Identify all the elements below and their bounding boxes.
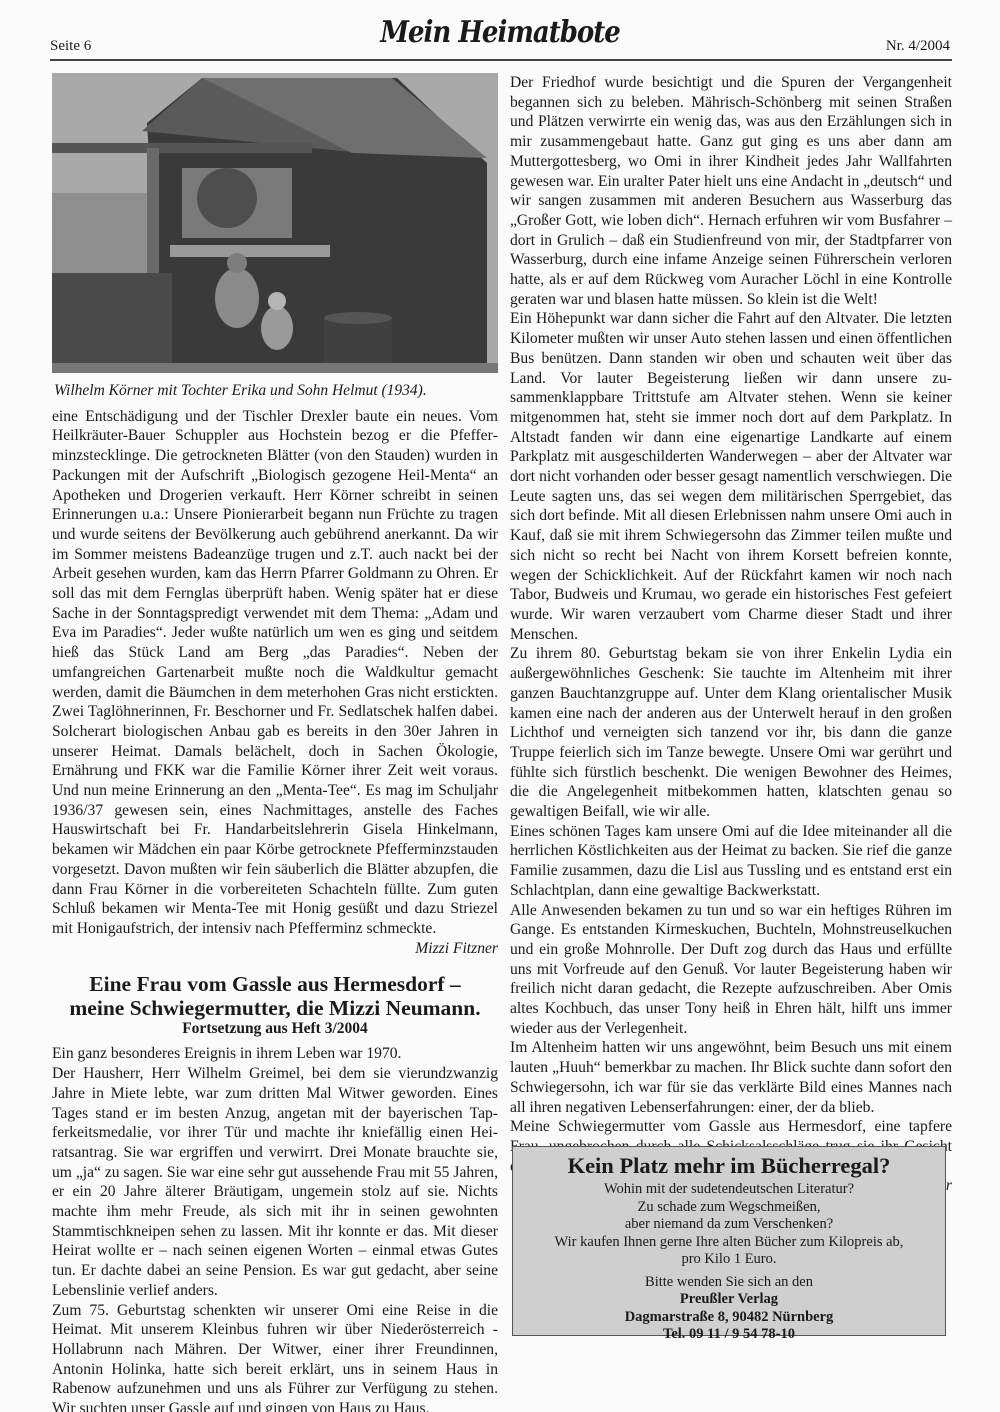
header-divider [50,59,952,61]
article2-paragraph: Der Hausherr, Herr Wilhelm Greimel, bei … [52,1064,498,1300]
page-number: Seite 6 [50,38,91,55]
left-column: Wilhelm Körner mit Tochter Erika und Soh… [52,73,498,1412]
masthead-logo: Mein Heimatbote [380,16,620,51]
article2-paragraph: Der Friedhof wurde besichtigt und die Sp… [510,73,952,309]
ad-publisher: Preußler Verlag [513,1291,945,1309]
article2-heading: Eine Frau vom Gassle aus Hermesdorf – me… [52,972,498,1038]
photo-illustration [52,73,498,373]
bookshelf-advertisement: Kein Platz mehr im Bücherregal? Wohin mi… [512,1146,946,1336]
historic-photo [52,73,498,373]
article2-paragraph: Zum 75. Geburtstag schenkten wir unserer… [52,1301,498,1412]
ad-line: pro Kilo 1 Euro. [513,1251,945,1269]
photo-caption: Wilhelm Körner mit Tochter Erika und Soh… [54,381,498,401]
ad-line: aber niemand da zum Verschenken? [513,1216,945,1234]
article1-body: eine Entschädigung und der Tischler Drex… [52,407,498,939]
article1-author: Mizzi Fitzner [52,939,498,959]
article2-paragraph: Ein ganz besonderes Ereignis in ihrem Le… [52,1044,498,1064]
ad-line: Wir kaufen Ihnen gerne Ihre alten Bücher… [513,1234,945,1252]
article2-paragraph: Alle Anwesenden bekamen zu tun und so wa… [510,901,952,1039]
issue-number: Nr. 4/2004 [886,38,950,55]
right-column: Der Friedhof wurde besichtigt und die Sp… [510,73,952,1196]
article2-paragraph: Zu ihrem 80. Geburtstag bekam sie von ih… [510,644,952,821]
ad-line: Zu schade zum Wegschmeißen, [513,1199,945,1217]
ad-headline: Kein Platz mehr im Bücherregal? [513,1153,945,1179]
ad-contact-intro: Bitte wenden Sie sich an den [513,1274,945,1292]
article2-title-line2: meine Schwiegermutter, die Mizzi Neumann… [52,996,498,1020]
article2-paragraph: Ein Höhepunkt war dann sicher die Fahrt … [510,309,952,644]
ad-address: Dagmarstraße 8, 90482 Nürnberg [513,1309,945,1327]
article2-paragraph: Im Altenheim hatten wir uns angewöhnt, b… [510,1038,952,1117]
ad-phone: Tel. 09 11 / 9 54 78-10 [513,1326,945,1344]
page-header: Seite 6 Mein Heimatbote Nr. 4/2004 [50,14,950,60]
ad-line: Wohin mit der sudetendeutschen Literatur… [513,1181,945,1199]
article2-title-line1: Eine Frau vom Gassle aus Hermesdorf – [52,972,498,996]
article2-paragraph: Eines schönen Tages kam unsere Omi auf d… [510,822,952,901]
article2-subtitle: Fortsetzung aus Heft 3/2004 [52,1020,498,1038]
